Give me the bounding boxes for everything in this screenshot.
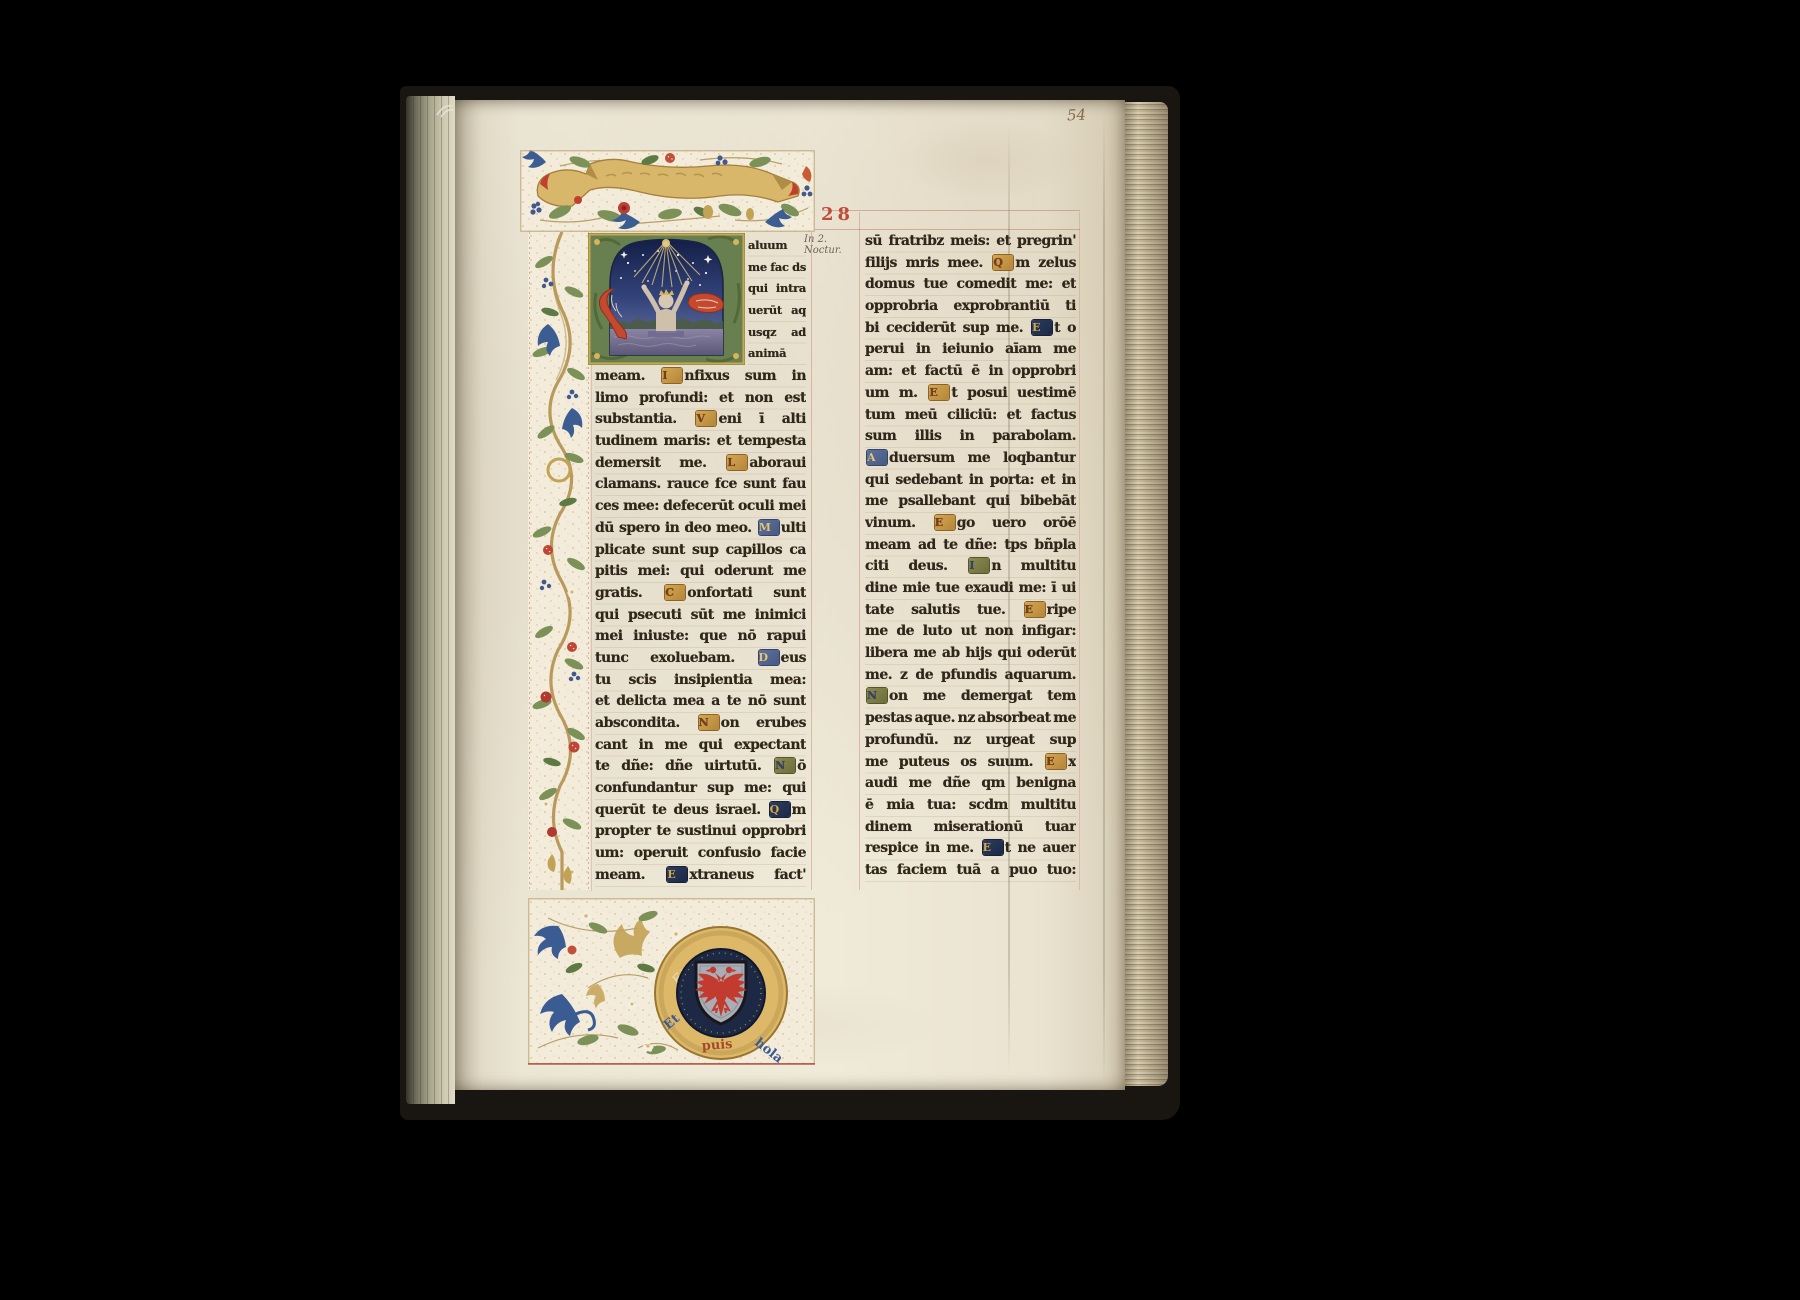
text-line: qui intra (748, 278, 806, 300)
rubric-number: 28 (821, 204, 854, 225)
manuscript-photo: 54 28 In 2. Noctur. (0, 0, 1800, 1300)
illuminated-versal: A (867, 450, 887, 465)
illuminated-versal: E (929, 385, 949, 400)
text-line: profundū. nz urgeat sup (865, 730, 1076, 752)
text-line: Aduersum me loqbantur (865, 448, 1076, 470)
text-line: propter te sustinui opprobri (595, 821, 806, 843)
left-page-edges (406, 96, 455, 1104)
text-line: confundantur sup me: qui (595, 778, 806, 800)
text-line: um m. Et posui uestimē (865, 383, 1076, 405)
text-line: Non me demergat tem (865, 686, 1076, 708)
text-line: dine mie tue exaudi me: ī ui (865, 578, 1076, 600)
text-line: me puteus os suum. Ex (865, 752, 1076, 774)
strawberry (568, 946, 577, 955)
miniature-initial-S (588, 233, 745, 365)
text-line: tate salutis tue. Eripe (865, 600, 1076, 622)
illuminated-versal: Q (993, 255, 1013, 270)
manuscript-page: 54 28 In 2. Noctur. (455, 100, 1125, 1090)
text-line: respice in me. Et ne auer (865, 838, 1076, 860)
text-line: me psallebant qui bibebāt (865, 491, 1076, 513)
text-line: qui psecuti sūt me inimici (595, 605, 806, 627)
ruling-line (1079, 212, 1080, 890)
text-line: ē mia tua: scdm multitu (865, 795, 1076, 817)
text-line: gratis. Confortati sunt (595, 583, 806, 605)
ruling-line (823, 210, 1080, 211)
text-line: bi ceciderūt sup me. Et o (865, 318, 1076, 340)
text-line: libera me ab hijs qui oderūt (865, 643, 1076, 665)
top-border-illumination (520, 150, 815, 232)
text-line: querūt te deus israel. Qm (595, 800, 806, 822)
text-line: plicate sunt sup capillos ca (595, 540, 806, 562)
text-line: pestas aque. nz absorbeat me (865, 708, 1076, 730)
text-line: mei iniuste: que nō rapui (595, 626, 806, 648)
illuminated-versal: M (759, 520, 779, 535)
text-line: limo profundi: et non est (595, 388, 806, 410)
text-line: perui in ieiunio aīam me (865, 339, 1076, 361)
text-line: substantia. Veni ī alti (595, 409, 806, 431)
text-line: am: et factū ē in opprobri (865, 361, 1076, 383)
text-line: filijs mris mee. Qm zelus (865, 253, 1076, 275)
text-line: meam. Infixus sum in (595, 366, 806, 388)
folio-number: 54 (1067, 106, 1087, 125)
illuminated-versal: I (662, 368, 682, 383)
parchment-stain (885, 120, 1085, 200)
text-line: meam. Extraneus fact' (595, 865, 806, 887)
illuminated-versal: D (759, 650, 779, 665)
right-column-lines: sū fratribz meis: et pregrin'filijs mris… (865, 231, 1076, 883)
text-line: abscondita. Non erubes (595, 713, 806, 735)
text-line: usqz ad (748, 322, 806, 344)
text-line: sum illis in parabolam. (865, 426, 1076, 448)
illuminated-versal: I (969, 558, 989, 573)
text-line: ces mee: defecerūt oculi mei (595, 496, 806, 518)
text-line: vinum. Ego uero orōē (865, 513, 1076, 535)
motto-word-puis: puis (701, 1037, 733, 1054)
illuminated-versal: C (665, 585, 685, 600)
page-crease (1103, 112, 1105, 1084)
text-line: qui sedebant in porta: et in (865, 470, 1076, 492)
text-line: me. z de pfundis aquarum. (865, 665, 1076, 687)
text-line: tas faciem tuā a puo tuo: (865, 860, 1076, 882)
ruling-line (811, 212, 812, 890)
text-line: demersit me. Laboraui (595, 453, 806, 475)
left-column-lines: meam. Infixus sum inlimo profundi: et no… (595, 366, 806, 888)
marginal-note-line: In 2. (804, 234, 858, 245)
fore-edge-page-stack (1125, 102, 1168, 1086)
text-line: animā (748, 343, 806, 365)
illuminated-versal: E (983, 840, 1003, 855)
text-line: sū fratribz meis: et pregrin' (865, 231, 1076, 253)
illuminated-versal: E (1046, 754, 1066, 769)
text-line: um: operuit confusio facie (595, 843, 806, 865)
text-line: clamans. rauce fce sunt fau (595, 474, 806, 496)
text-line: citi deus. In multitu (865, 556, 1076, 578)
illuminated-versal: E (935, 515, 955, 530)
illuminated-versal: N (699, 715, 719, 730)
text-line: uerūt aq (748, 300, 806, 322)
text-line: te dñe: dñe uirtutū. Nō (595, 756, 806, 778)
text-line: domus tue comedit me: et (865, 274, 1076, 296)
text-line: tu scis insipientia mea: (595, 670, 806, 692)
text-line: aluum (748, 235, 806, 257)
text-line: tunc exoluebam. Deus (595, 648, 806, 670)
left-floral-border (528, 232, 590, 890)
text-line: me fac ds (748, 257, 806, 279)
text-line: meam ad te dñe: tps bñpla (865, 535, 1076, 557)
text-line: audi me dñe qm benigna (865, 773, 1076, 795)
text-line: me de luto ut non infigar: (865, 621, 1076, 643)
illuminated-versal: N (775, 758, 795, 773)
text-line: et delicta mea a te nō sunt (595, 691, 806, 713)
illuminated-versal: Q (770, 802, 790, 817)
text-line: dū spero in deo meo. Multi (595, 518, 806, 540)
text-line: tum meū ciliciū: et factus (865, 405, 1076, 427)
illuminated-versal: E (667, 867, 687, 882)
book: 54 28 In 2. Noctur. (400, 86, 1180, 1120)
ruling-line (859, 212, 860, 890)
illuminated-versal: N (867, 688, 887, 703)
text-line: tudinem maris: et tempesta (595, 431, 806, 453)
marginal-note-line: Noctur. (804, 245, 858, 256)
marginal-note: In 2. Noctur. (804, 234, 858, 256)
text-line: pitis mei: qui oderunt me (595, 561, 806, 583)
illuminated-versal: V (696, 411, 716, 426)
illuminated-versal: E (1032, 320, 1052, 335)
left-column-initial-lines: aluumme fac dsqui intrauerūt aqusqz adan… (748, 235, 806, 366)
illuminated-versal: L (727, 455, 747, 470)
bottom-border-illumination: Et puis hola Et puis hola (528, 898, 815, 1065)
text-line: dinem miserationū tuar (865, 817, 1076, 839)
illuminated-versal: E (1025, 602, 1045, 617)
text-line: opprobria exprobrantiū ti (865, 296, 1076, 318)
text-line: cant in me qui expectant (595, 735, 806, 757)
